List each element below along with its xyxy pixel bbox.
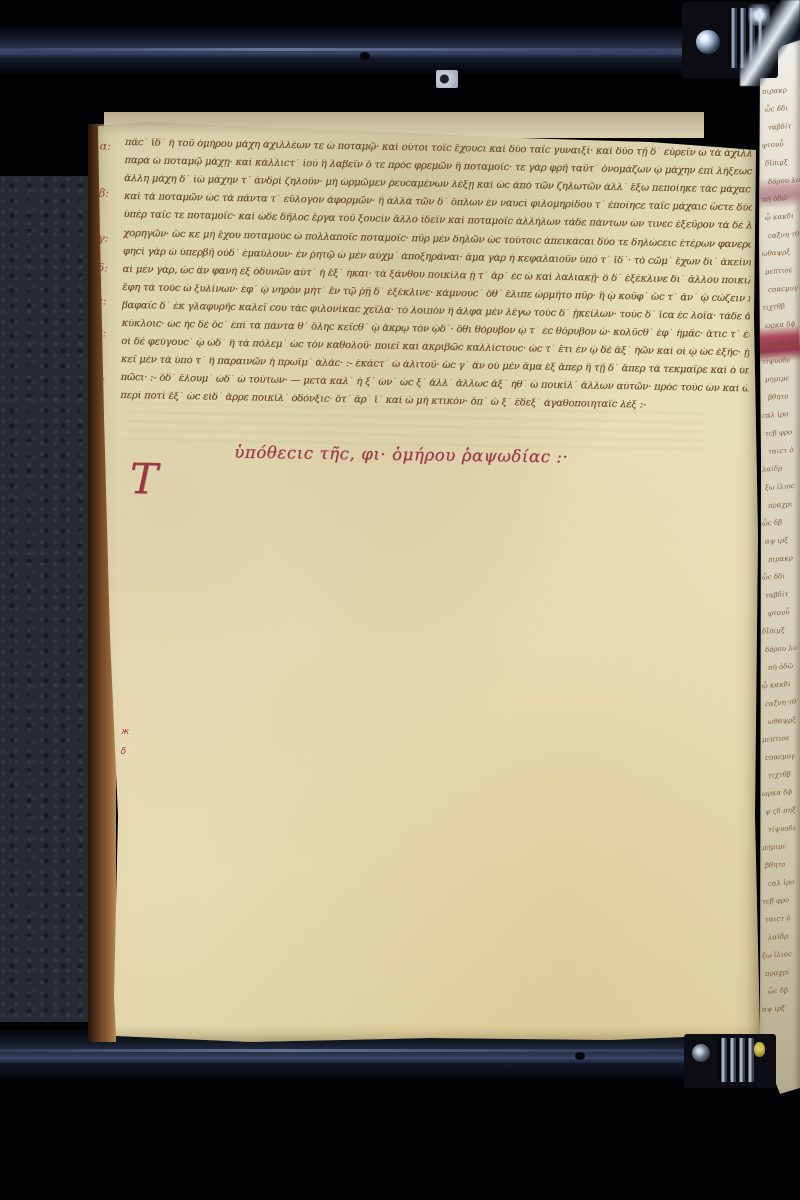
main-text-line: τοὺϲ τ᾽ ἐχθρῶν δ᾽ ἐξ ἀφορμῶν ἐπὶ διομήτ᾽… (138, 665, 738, 676)
main-text-line: πολλοὺϲ δὲ τῷ ποταμῷ ἔμαν᾽ ἢ τούτων ταμὼ… (140, 586, 740, 597)
fore-edge-text-line: πιρακρ (762, 87, 787, 96)
cradle-clamp-bottom-right (684, 1034, 776, 1088)
cradle-rail-top (0, 26, 800, 74)
fore-edge-text-line: λαϊδρ (762, 465, 783, 473)
main-text-line: οἱ τρῶεϲ ἐϲ τὴν πόλιν :- πόρου ποταμοῖο … (137, 744, 737, 755)
fore-edge-text-line: φτουὖ (768, 609, 790, 617)
main-text-line: παῖδα· ὃν ἡ μὲν τιμὴ λάβου τ᾽ ἦν, ἡμερῆ … (139, 606, 739, 617)
red-margin-mark: δ (121, 748, 127, 757)
fore-edge-text-line: ταβδίτ (765, 591, 789, 600)
fore-edge-text-line: μεπτιοε (765, 267, 793, 276)
main-text-block: ῶν τρώων εἰϲ δύο διαιρεθέντων μερῶν, τοὺ… (73, 115, 762, 1055)
main-text-line: ἥραν ἀθηνᾶν· ἀφροδίτην· ὁ τί ἰμάντ᾽ ἐλεγ… (134, 921, 634, 930)
fore-edge-text-line: ὧϲ δβ (768, 987, 789, 995)
main-text-line: ϲῷ ἀνδρῶν φ᾽ αὐτὸν δεινὰ ταξὶ ἅπαϲ᾽ ἦν θ… (139, 626, 739, 637)
fore-edge-text-line: βθητο (768, 393, 789, 401)
main-text-line: γὰρ τῇ προϲξέφη μὲν ἦν διὰ πᾶϲιν ἢ πλημμ… (137, 724, 737, 735)
fore-edge-text-line: τίψυοδε (768, 825, 797, 834)
main-text-line: πᾶν μὲν ξ᾽ ροὕτη μιὸ λὴν προϲῆλξ᾽ γε τῷ … (134, 902, 734, 913)
manuscript-page: α:β:γ:δ:ε:ϛ:ζ: πᾶϲ᾽ ἴδ᾽ ἡ τοῦ ὁμήρου μάχ… (90, 116, 762, 1044)
clamp-screw (696, 30, 720, 54)
fore-edge-text-line: δἴπιμξ (765, 159, 788, 168)
main-text-line: καὶ δῖοϲ παῖϲ :- Ж ζρατιπορὸ τ᾽ ἰικό τ᾽ … (136, 803, 736, 814)
fore-edge-text-line: δόρου λυ (768, 177, 800, 186)
fore-edge-text-line: αψ ιρξ (765, 537, 789, 546)
fore-edge-text-line: ὧϲ δβ (762, 519, 783, 527)
fore-edge-text-line: ωρκα δϕ (765, 321, 796, 330)
fore-edge-text-line: τίψυοδε (762, 357, 791, 366)
fore-edge-text-line: ὦϲ δδι (765, 105, 788, 114)
rubric-red-text: ἀλλ᾽ ὅδ᾽. (140, 547, 194, 558)
fore-edge-text-line: ψ ϛδ πηξ (765, 807, 796, 816)
fore-edge-text-line: ταβδίτ (768, 123, 792, 132)
fore-edge-text-line: ϲαξνη τθ (765, 699, 797, 708)
fore-edge-text-line: ᾧ κακδι (765, 213, 794, 222)
rail-hole (575, 1052, 585, 1060)
main-text-line: ἴ᾽ ἀχθήλ᾽ ὃ δ᾽ ὡϲ εἰ παιῶν᾽ ἢ ὀξὺν ἧφ᾽ ἀ… (138, 685, 738, 696)
main-text-line: κοινὴ τ᾽ ἦ πολεμίων πάρα φερομένων· λειμ… (141, 508, 741, 519)
fore-edge-text-line: δόρου λυ (765, 645, 797, 654)
main-text-line: ϲδίκ᾽ δύο μέρη ζωγρήϲαϲ· ἕωϲ ποιὴν ὦ πατ… (176, 489, 742, 499)
fore-edge-text-line: ωρκα δϕ (762, 789, 793, 798)
fore-edge-text-line: πραχρι (765, 969, 790, 978)
lit-leaf-corner-highlight (740, 0, 800, 86)
fore-edge-text-line: μημιμε (762, 843, 787, 852)
fore-edge-text-line: τιχτθβ (768, 771, 791, 780)
rail-hole (360, 52, 370, 60)
clamp-screw (692, 1044, 710, 1062)
main-text-line: ἱωϲοὶ τρῶεϲ δ᾽ ἔα τὸ ὅλον ἥξε τὴν πόλιν … (140, 547, 740, 558)
main-text-line: ῶν τρώων εἰϲ δύο διαιρεθέντων μερῶν, τοὺ… (176, 469, 742, 479)
main-text-line: χέω· ᾧ ὑφαντο τῶν πρὸ δι᾽ ὧν ποῖ᾽ ἐξ αἰτ… (135, 843, 735, 854)
rail-highlight (0, 48, 800, 51)
fore-edge-text-line: ᾧ κακδι (762, 681, 791, 690)
fore-edge-text-line: ξω ἰλιοϲ (765, 483, 795, 492)
fore-edge-text-line: ϲαλ ἰρο (768, 879, 795, 888)
fore-edge-text-line: μεπτιοε (762, 735, 790, 744)
fore-edge-text-line: ξω ἰλιοϲ (762, 951, 792, 960)
fore-edge-text-line: φτουὖ (762, 141, 784, 149)
fore-edge-text-line: πὴ ὁδῶ (768, 663, 794, 672)
fore-edge-text-line: ϲπαϲμυγ (768, 285, 799, 294)
rail-highlight (0, 1049, 800, 1052)
main-text-line: χήμ᾽ ὁρᾷ ἡμεῖϲ· ξυμφαίνεϲθαι ἅμ᾽ ἀλλὶ· μ… (138, 705, 738, 716)
fore-edge-text-line: πιρακρ (768, 555, 793, 564)
fore-edge-text-line: ϲπαϲμυγ (765, 753, 796, 762)
fore-edge-text-line: πραχρι (768, 501, 793, 510)
main-text-line: ἀλέξ᾽ ἀλκαῖδαϲ· ἀμφίαπλ᾽ ἐξ θώρακαϲ· ξεν… (135, 862, 735, 873)
fore-edge-text-line: τιχτθβ (762, 303, 785, 312)
red-margin-mark: ж (121, 728, 129, 737)
fore-edge-text-line: λαϊδρ (768, 933, 789, 941)
main-text-line: δι᾽ ἴϲων ἥδραϲ ἦ φθείρων μὲν ὁ θ᾽ ἅπαντα… (139, 646, 739, 657)
main-text-line: ἐπ᾽ ἰδίοιϲ ὁμήρῳ ζουϲ᾽ αὔξηται φαιρομένη… (135, 823, 735, 834)
fore-edge-text-line: ωθαψρξ (762, 249, 791, 258)
main-text-line: μεθιϲτάντων· θεῶν μέϲα χωρὶϲ ὧν εἶπ᾽ ἀπ᾽… (141, 527, 741, 538)
digitized-manuscript-photo: πιρακρὦϲ δδιταβδίτφτουὖδἴπιμξδόρου λυπὴ … (0, 0, 800, 1200)
fore-edge-text-line: τϲβ φρο (765, 429, 793, 438)
rubric-red-text: ἀπ̃: Δ (136, 764, 167, 775)
main-text-line: τρῶαϲ μέχρι τοῦ ποταμοῦ ξάνθου λίαν· πολ… (140, 567, 740, 578)
fore-edge-text-line: μημιμε (765, 375, 790, 384)
fore-edge-text-line: ϲαλ ἰρο (762, 411, 789, 420)
fore-edge-text-line: δἴπιμξ (762, 627, 785, 636)
metal-clip (436, 70, 458, 88)
clamp-ribbed-bars (718, 1038, 754, 1082)
fore-edge-text-line: ψ ϛδ πηξ (768, 339, 799, 348)
fore-edge-text-line: ταιϲτ ὁ (765, 915, 791, 924)
fore-edge-text-line: τϲβ φρο (762, 897, 790, 906)
main-text-line: ϲκαμανδρίδ᾽ οἱ ὁρμῇ καὶ ἐμφὶ δρομεῖϲ ὦμα… (134, 882, 734, 893)
rubric-red-text: Ж ζρ (136, 803, 165, 814)
gold-fitting (754, 1042, 765, 1057)
fore-edge-text-line: ὦϲ δδι (762, 573, 785, 582)
page-content: α:β:γ:δ:ε:ϛ:ζ: πᾶϲ᾽ ἴδ᾽ ἡ τοῦ ὁμήρου μάχ… (73, 115, 762, 1055)
rubric-red-text: πόρου ποταμοῖο :- (137, 744, 240, 755)
main-text-line: ἦ ξ᾽ ὡϲ καίρων, μέμορφ᾽ ὦ ξ᾽ αἰϲθορὸν πο… (136, 783, 736, 794)
main-text-line: καταϲκαμένων τε, καὶ διαπορθουρτη :- ἀπ̃… (136, 764, 736, 775)
fore-edge-text-line: ωθαψρξ (768, 717, 797, 726)
fore-edge-text-line: αψ ιρξ (762, 1005, 786, 1014)
fore-edge-text-line: ταιϲτ ὁ (768, 447, 794, 456)
fore-edge-text-line: πὴ ὁδῶ (762, 195, 788, 204)
fore-edge-text-line: βθητο (765, 861, 786, 869)
fore-edge-text-line: ϲαξνη τθ (768, 231, 800, 240)
